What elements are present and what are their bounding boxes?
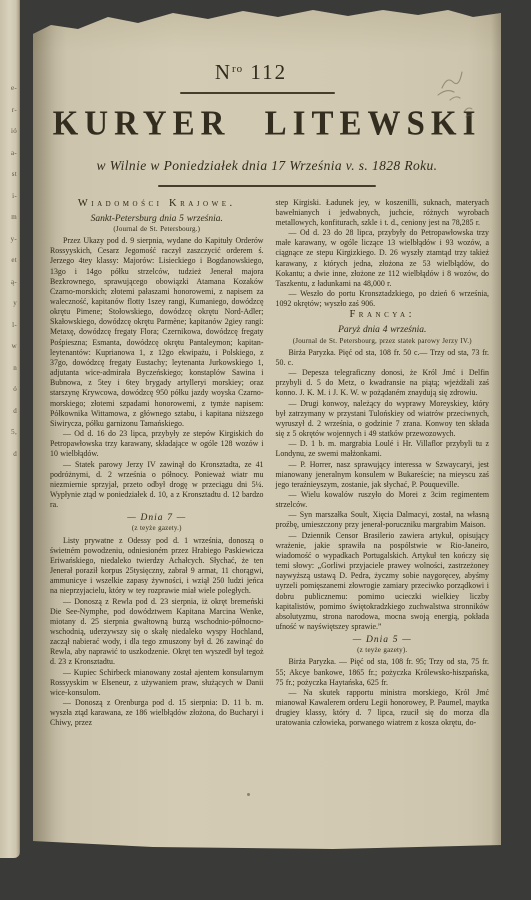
paragraph: Przez Ukazy pod d. 9 sierpnia, wydane do… <box>50 236 264 429</box>
right-place-dateline: Paryż dnia 4 września. <box>276 325 490 335</box>
paragraph: — Donoszą z Orenburga pod d. 15 sierpnia… <box>50 698 264 728</box>
paragraph: — P. Horrer, nasz sprawujący interessa w… <box>276 460 490 490</box>
handwritten-mark <box>428 60 486 126</box>
paragraph: — Od d. 23 do 28 lipca, przybyły do Petr… <box>276 228 490 289</box>
paragraph: — D. 1 b. m. margrabia Loulé i Hr. Villa… <box>276 439 490 459</box>
paper-speck <box>247 793 250 796</box>
neighbor-page-text-fragments: e- r- ió a- st i- m y- et ą- y l- w n ó … <box>11 78 17 465</box>
right-day5-source: (z teyże gazety). <box>276 645 490 655</box>
section-heading-domestic-news: Wiadomości Krajowe. <box>50 199 264 209</box>
paragraph: — Weszło do portu Kronsztadzkiego, po dz… <box>276 289 490 309</box>
neighbor-page-edge: e- r- ió a- st i- m y- et ą- y l- w n ó … <box>0 0 20 858</box>
issue-number-superscript: ro <box>232 63 243 75</box>
paragraph: Listy prywatne z Odessy pod d. 1 wrześni… <box>50 536 264 597</box>
left-day7-heading: — Dnia 7 — <box>50 513 264 523</box>
paragraph: — Na skutek rapportu ministra morskiego,… <box>276 688 490 729</box>
section-heading-france: Francya: <box>276 310 490 320</box>
scanned-newspaper-view: { "palette":{"background":"#3a3b38","pap… <box>0 0 531 900</box>
left-place-dateline: Sankt-Petersburg dnia 5 września. <box>50 214 264 224</box>
newspaper-page: Nro 112 KURYER LITEWSKI w Wilnie w Ponie… <box>33 0 501 872</box>
edition-dateline: w Wilnie w Poniedziałek dnia 17 Września… <box>33 158 501 174</box>
issue-number-prefix: N <box>215 60 232 84</box>
paragraph: — Wielu kowalów ruszyło do Morei z 3cim … <box>276 490 490 510</box>
right-column: step Kirgiski. Ładunek jey, w koszenilli… <box>276 198 490 830</box>
left-source-line: (Journal de St. Petersbourg.) <box>50 224 264 234</box>
paragraph: — Depesza telegraficzny donosi, że Król … <box>276 368 490 398</box>
right-source-line: (Journal de St. Petersbourg, przez state… <box>276 336 490 346</box>
paragraph: — Od d. 16 do 23 lipca, przybyły ze step… <box>50 429 264 459</box>
paragraph: — Kupiec Schirbeck mianowany został ajen… <box>50 668 264 698</box>
paragraph: step Kirgiski. Ładunek jey, w koszenilli… <box>276 198 490 228</box>
text-columns: Wiadomości Krajowe. Sankt-Petersburg dni… <box>33 187 501 830</box>
right-day5-heading: — Dnia 5 — <box>276 635 490 645</box>
issue-number: Nro 112 <box>17 60 485 85</box>
paragraph: — Drugi konwoy, należący do wyprawy More… <box>276 399 490 440</box>
paragraph: — Donoszą z Rewla pod d. 23 sierpnia, iż… <box>50 597 264 668</box>
paragraph: — Syn marszałka Soult, Xięcia Dalmacyi, … <box>276 510 490 530</box>
paragraph: — Dziennik Censor Brasilerio zawiera art… <box>276 531 490 633</box>
paragraph: Birża Paryzka. — Pięć od sta, 108 fr. 95… <box>276 657 490 687</box>
paragraph: Birża Paryzka. Pięć od sta, 108 fr. 50 c… <box>276 348 490 368</box>
paragraph: — Statek parowy Jerzy IV zawinął do Kron… <box>50 460 264 511</box>
masthead-rule-top <box>180 92 335 94</box>
left-day7-source: (z teyże gazety.) <box>50 523 264 533</box>
issue-number-value: 112 <box>250 60 287 84</box>
left-column: Wiadomości Krajowe. Sankt-Petersburg dni… <box>50 198 264 830</box>
